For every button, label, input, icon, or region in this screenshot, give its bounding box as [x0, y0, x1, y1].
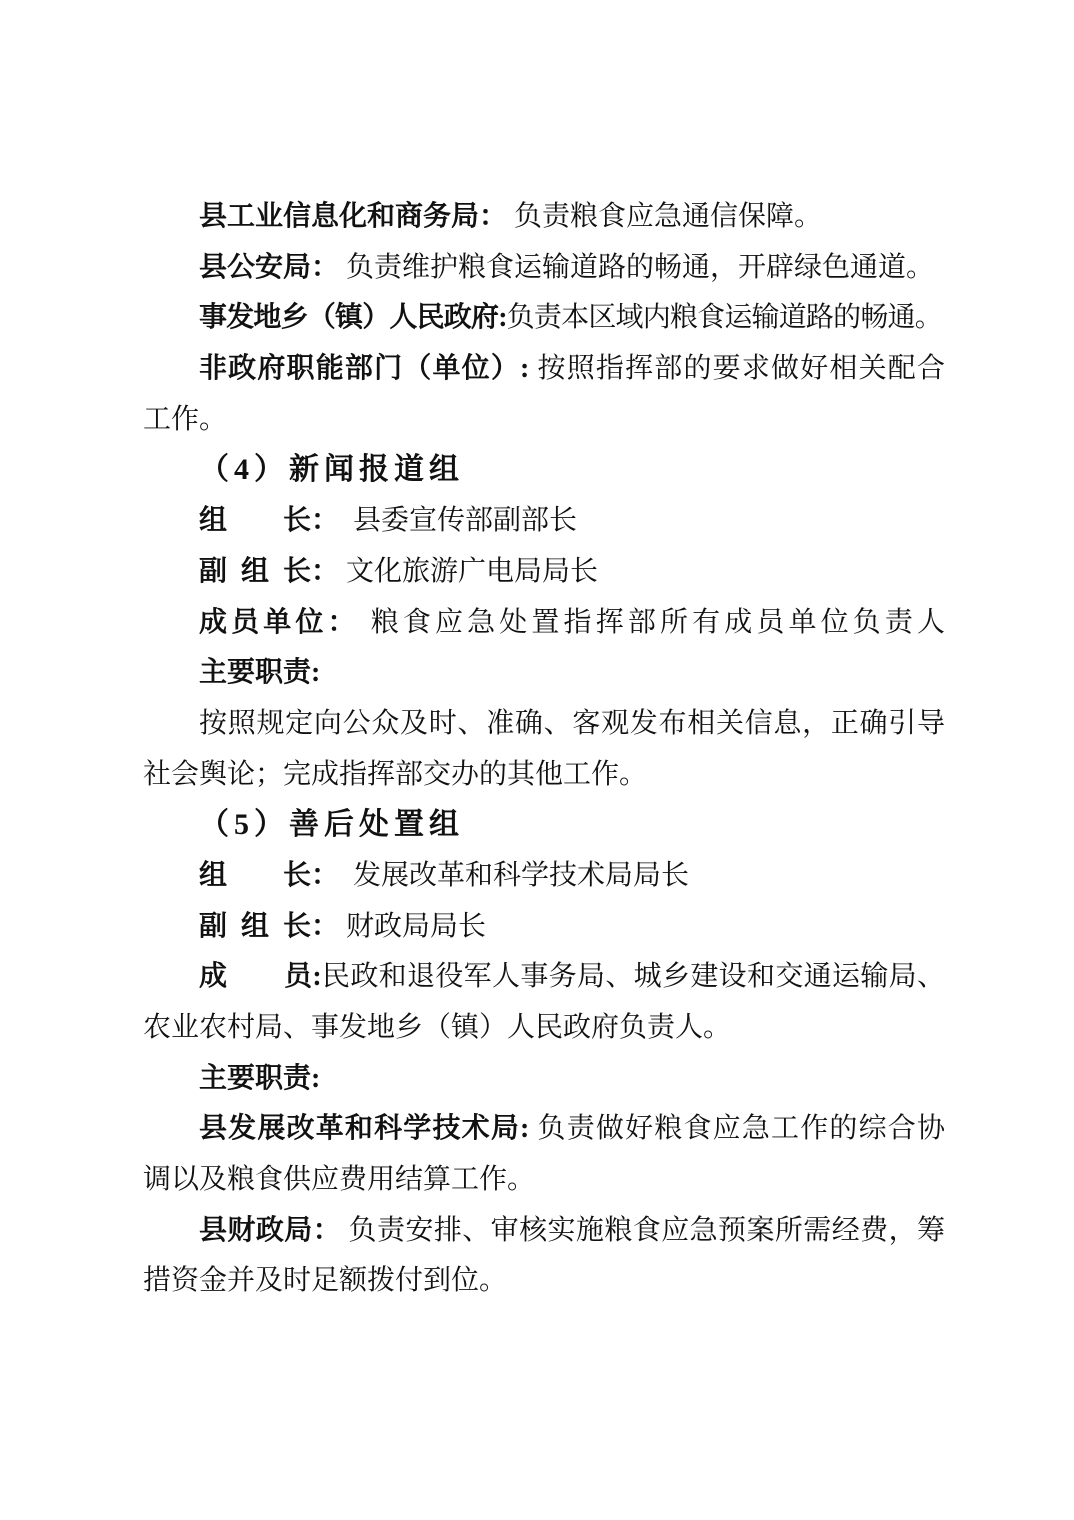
field-label: 非政府职能部门（单位）:: [199, 353, 529, 384]
field-label: 副 组 长：: [199, 911, 339, 942]
text-line: 农业农村局、事发地乡（镇）人民政府负责人。: [143, 1003, 945, 1054]
body-text: 粮食应急处置指挥部所有成员单位负责人: [360, 607, 945, 638]
body-text: 按照规定向公众及时、准确、客观发布相关信息，正确引导: [199, 708, 945, 739]
body-text: 负责安排、审核实施粮食应急预案所需经费，筹: [341, 1215, 945, 1246]
text-line: 非政府职能部门（单位）: 按照指挥部的要求做好相关配合: [143, 344, 945, 395]
body-text: 负责粮食应急通信保障。: [507, 201, 822, 232]
text-line: 主要职责:: [143, 1054, 945, 1105]
field-label: 成员单位：: [199, 607, 360, 638]
heading-text: （5）善后处置组: [199, 808, 464, 841]
body-text: 农业农村局、事发地乡（镇）人民政府负责人。: [143, 1012, 731, 1043]
section-heading: （4）新闻报道组: [143, 445, 945, 496]
body-text: 县委宣传部副部长: [325, 505, 577, 536]
field-label: 县发展改革和科学技术局:: [199, 1113, 529, 1144]
field-label: 组 长：: [199, 860, 325, 891]
text-column: 县工业信息化和商务局： 负责粮食应急通信保障。 县公安局： 负责维护粮食运输道路…: [143, 192, 945, 1307]
field-label: 县财政局：: [199, 1215, 341, 1246]
body-text: 负责做好粮食应急工作的综合协: [529, 1113, 945, 1144]
text-line: 组 长： 县委宣传部副部长: [143, 496, 945, 547]
body-text: 措资金并及时足额拨付到位。: [143, 1265, 507, 1296]
body-text: 社会舆论；完成指挥部交办的其他工作。: [143, 759, 647, 790]
body-text: 民政和退役军人事务局、城乡建设和交通运输局、: [322, 961, 945, 992]
field-label: 组 长：: [199, 505, 325, 536]
text-line: 事发地乡（镇）人民政府:负责本区域内粮食运输道路的畅通。: [143, 293, 945, 344]
text-line: 工作。: [143, 395, 945, 446]
body-text: 工作。: [143, 404, 227, 435]
text-line: 县发展改革和科学技术局: 负责做好粮食应急工作的综合协: [143, 1104, 945, 1155]
text-line: 组 长： 发展改革和科学技术局局长: [143, 851, 945, 902]
text-line: 成 员:民政和退役军人事务局、城乡建设和交通运输局、: [143, 952, 945, 1003]
body-text: 调以及粮食供应费用结算工作。: [143, 1164, 535, 1195]
text-line: 县公安局： 负责维护粮食运输道路的畅通，开辟绿色通道。: [143, 243, 945, 294]
body-text: 负责维护粮食运输道路的畅通，开辟绿色通道。: [339, 252, 934, 283]
field-label: 县公安局：: [199, 252, 339, 283]
document-page: 县工业信息化和商务局： 负责粮食应急通信保障。 县公安局： 负责维护粮食运输道路…: [0, 0, 1074, 1520]
field-label: 事发地乡（镇）人民政府:: [199, 302, 507, 333]
text-line: 县财政局： 负责安排、审核实施粮食应急预案所需经费，筹: [143, 1206, 945, 1257]
text-line: 副 组 长： 文化旅游广电局局长: [143, 547, 945, 598]
field-label: 副 组 长：: [199, 556, 339, 587]
section-heading: （5）善后处置组: [143, 800, 945, 851]
text-line: 措资金并及时足额拨付到位。: [143, 1256, 945, 1307]
body-text: 文化旅游广电局局长: [339, 556, 598, 587]
text-line: 副 组 长： 财政局局长: [143, 902, 945, 953]
text-line: 主要职责:: [143, 648, 945, 699]
body-text: 发展改革和科学技术局局长: [325, 860, 689, 891]
text-line: 社会舆论；完成指挥部交办的其他工作。: [143, 750, 945, 801]
text-line: 按照规定向公众及时、准确、客观发布相关信息，正确引导: [143, 699, 945, 750]
text-line: 县工业信息化和商务局： 负责粮食应急通信保障。: [143, 192, 945, 243]
text-line: 成员单位： 粮食应急处置指挥部所有成员单位负责人: [143, 598, 945, 649]
body-text: 负责本区域内粮食运输道路的畅通。: [507, 302, 942, 333]
field-label: 县工业信息化和商务局：: [199, 201, 507, 232]
field-label: 成 员:: [199, 961, 322, 992]
field-label: 主要职责:: [199, 1063, 320, 1094]
text-line: 调以及粮食供应费用结算工作。: [143, 1155, 945, 1206]
body-text: 财政局局长: [339, 911, 486, 942]
body-text: 按照指挥部的要求做好相关配合: [529, 353, 945, 384]
heading-text: （4）新闻报道组: [199, 453, 464, 486]
field-label: 主要职责:: [199, 657, 320, 688]
